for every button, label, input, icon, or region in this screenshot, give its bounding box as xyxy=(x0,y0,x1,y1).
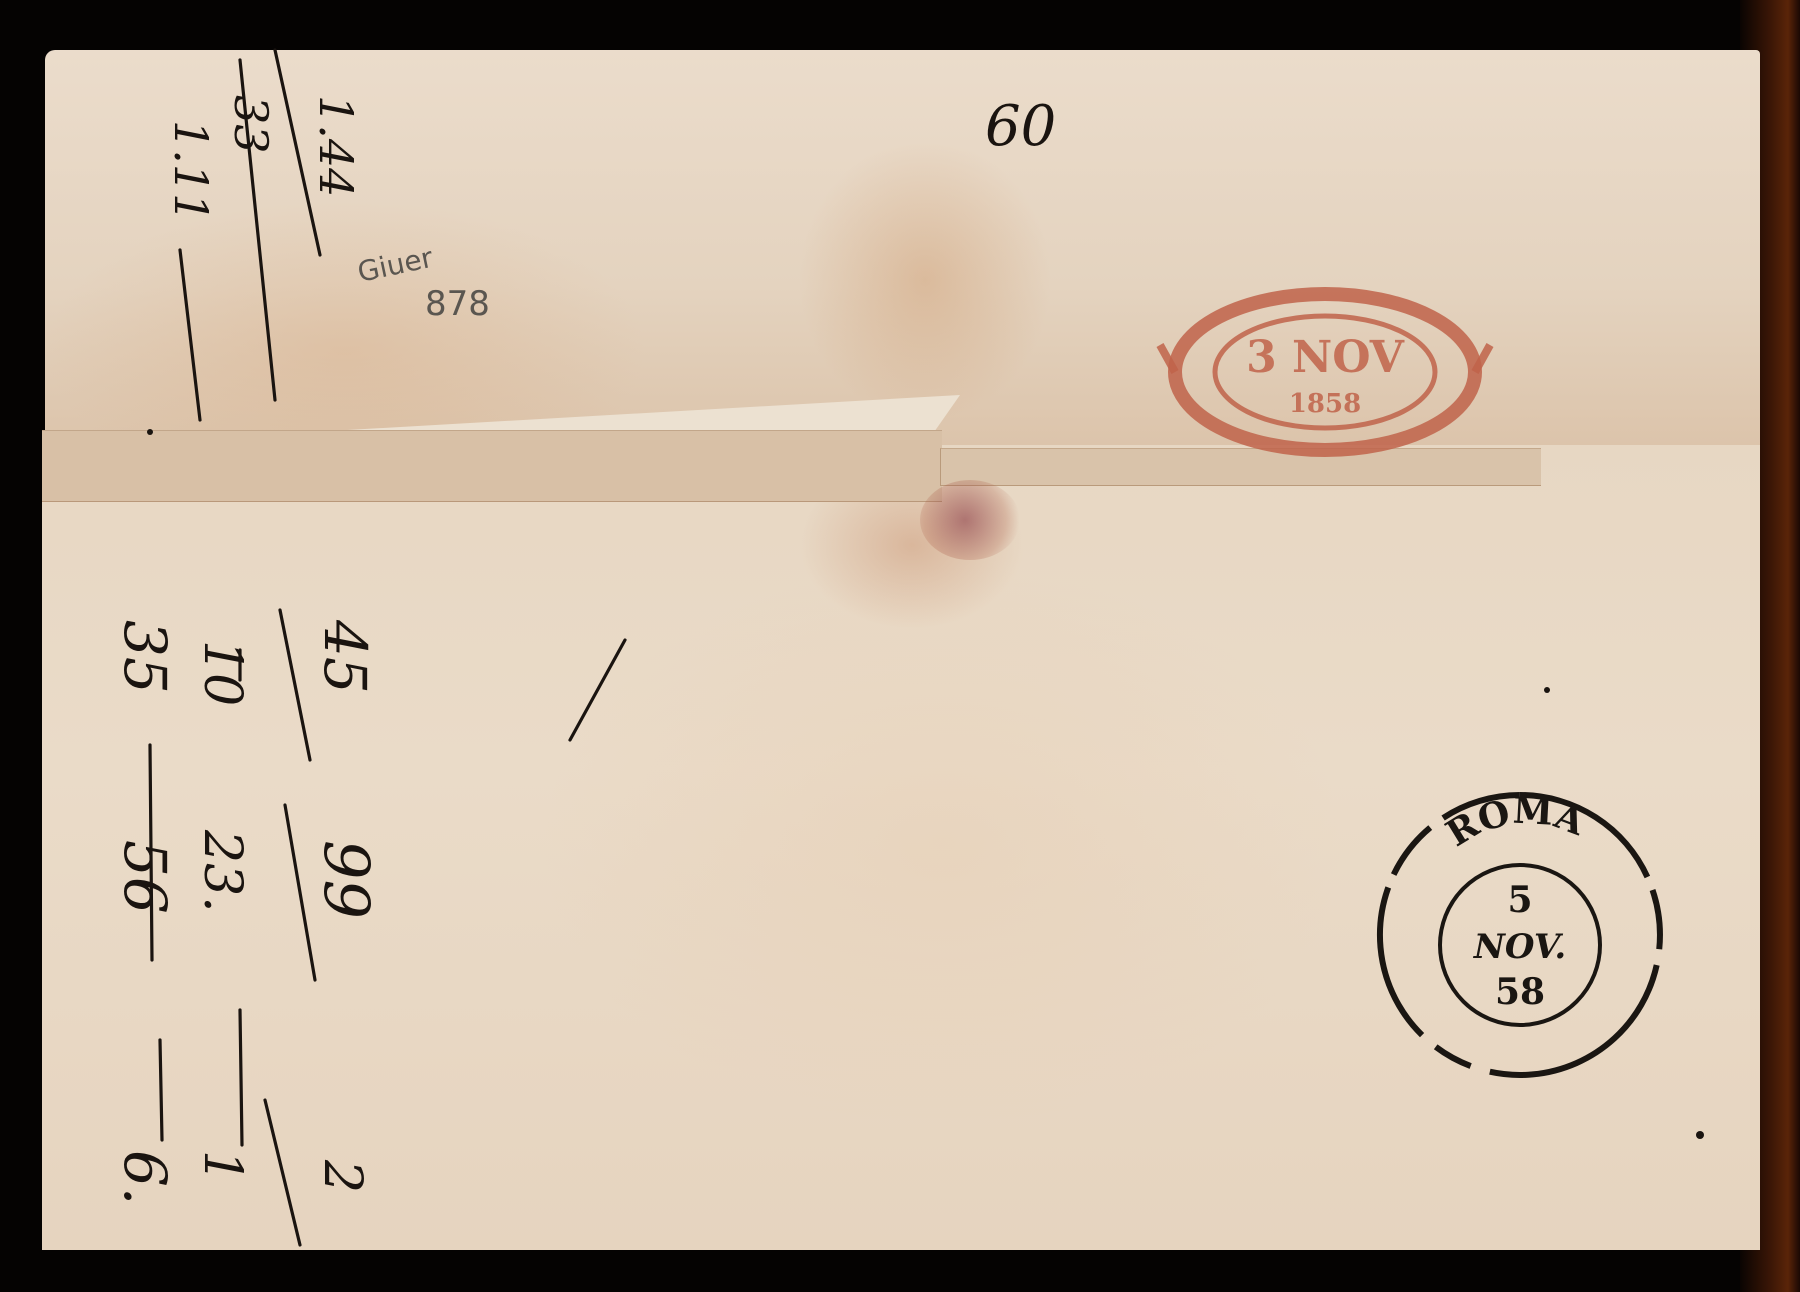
red-postmark-date: 3 NOV xyxy=(1246,332,1405,383)
sum-col1-row1: 35 xyxy=(111,620,179,694)
pencil-note: Giuer 878 xyxy=(355,241,490,324)
sum-col3-row1: 45 xyxy=(311,619,379,694)
top-number: 60 xyxy=(985,94,1056,159)
top-left-row-1: 1.11 xyxy=(164,120,218,222)
roma-postmark-month: NOV. xyxy=(1473,927,1566,967)
pencil-note-line1: Giuer xyxy=(355,241,437,289)
sum-col3-row2: 99 xyxy=(310,840,383,919)
lower-left-calculation: 35 10 45 56 23. 99 6. 1 xyxy=(111,610,383,1245)
pencil-note-line2: 878 xyxy=(425,284,490,324)
sum-col3-row3: 2 xyxy=(312,1159,372,1193)
top-left-row-3: 1.44 xyxy=(309,95,363,197)
top-left-row-2: 33 xyxy=(224,95,278,154)
markings-layer: 1.11 33 1.44 Giuer 878 60 3 NOV 1858 xyxy=(0,0,1800,1292)
ink-speck xyxy=(1544,687,1550,693)
letter-cover: 1.11 33 1.44 Giuer 878 60 3 NOV 1858 xyxy=(0,0,1800,1292)
svg-text:ROMA: ROMA xyxy=(1439,790,1591,855)
sum-col2-row2: 23. xyxy=(192,829,252,913)
sum-col2-row1: 10 xyxy=(192,640,252,706)
sum-col1-row2: 56 xyxy=(111,840,179,914)
roma-postmark-year: 58 xyxy=(1495,971,1545,1013)
ink-speck xyxy=(147,429,153,435)
top-left-calculation: 1.11 33 1.44 xyxy=(164,50,363,420)
red-postmark-year: 1858 xyxy=(1289,389,1361,419)
roma-postmark-day: 5 xyxy=(1507,879,1532,921)
ink-speck xyxy=(1696,1131,1704,1139)
roma-postmark: ROMA 5 NOV. 58 xyxy=(1380,790,1660,1075)
sum-col2-row3: 1 xyxy=(192,1150,252,1183)
stray-ink-mark xyxy=(570,640,625,740)
roma-postmark-city: ROMA xyxy=(1439,790,1591,855)
sum-col1-row3: 6. xyxy=(111,1150,179,1205)
red-oval-postmark: 3 NOV 1858 xyxy=(1160,294,1490,450)
